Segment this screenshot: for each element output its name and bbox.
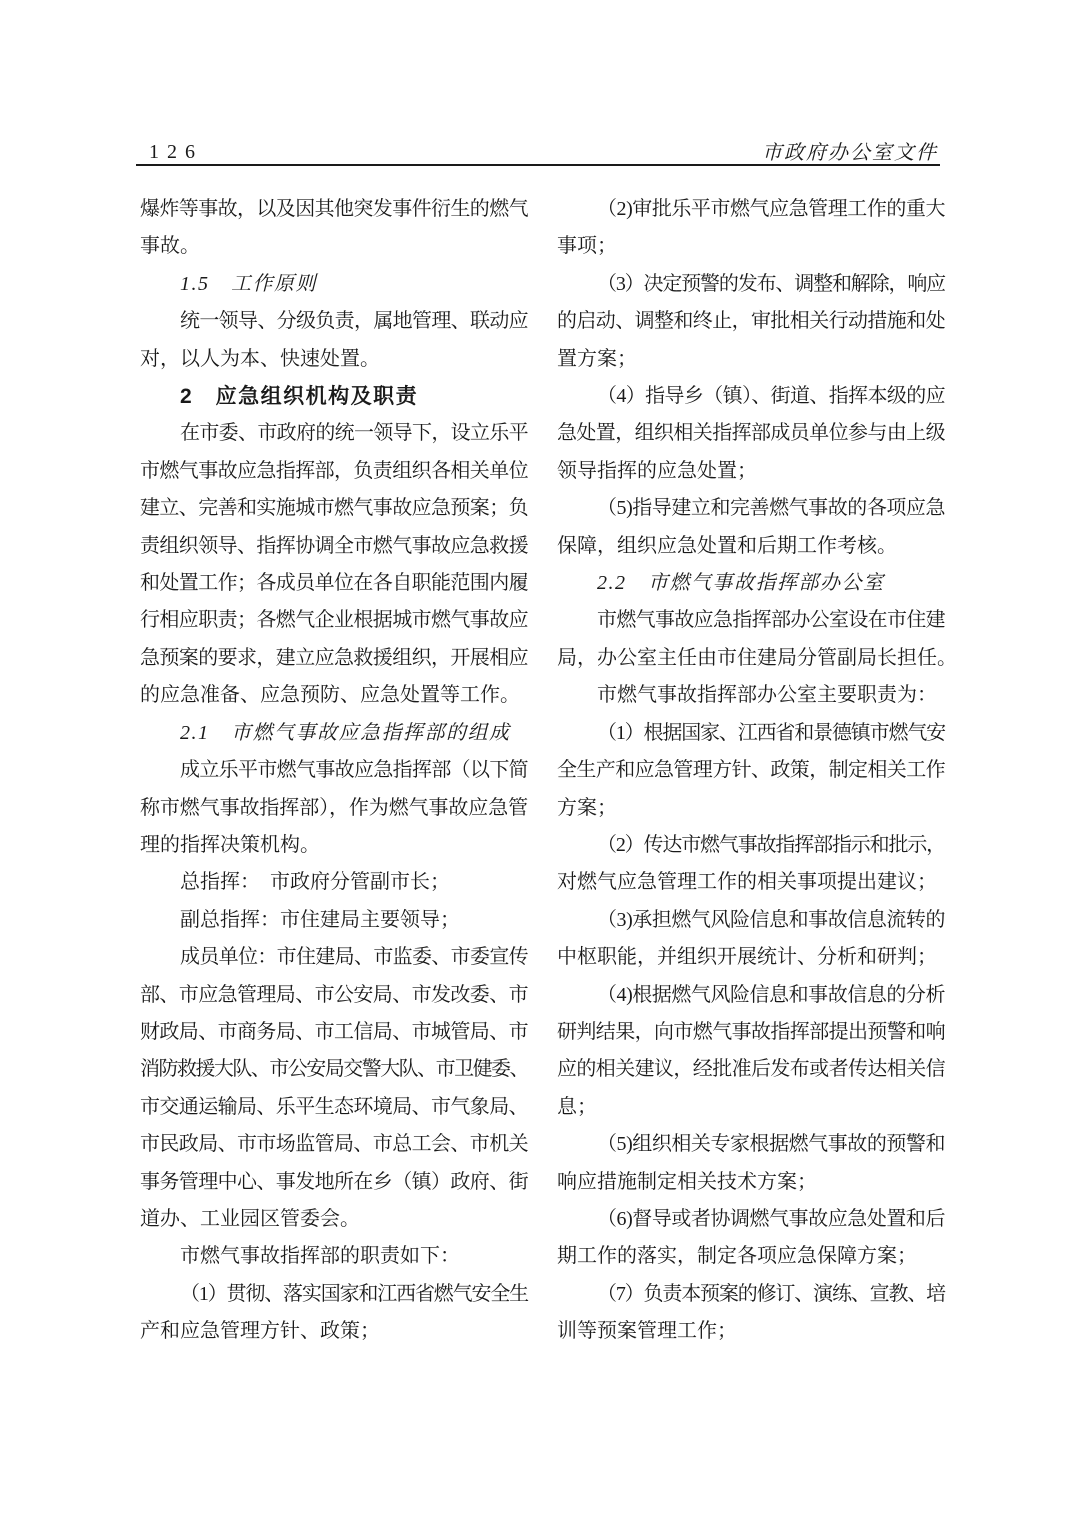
text-line: 应的相关建议，经批准后发布或者传达相关信 (557, 1051, 945, 1088)
text-line: 事务管理中心、事发地所在乡（镇）政府、街 (140, 1164, 528, 1201)
text-line: 置方案； (557, 341, 945, 378)
text-line: 市燃气事故指挥部办公室主要职责为： (557, 677, 945, 714)
text-line: 道办、工业园区管委会。 (140, 1201, 528, 1238)
text-line: （7）负责本预案的修订、演练、宣教、培 (557, 1276, 945, 1313)
text-line: 行相应职责；各燃气企业根据城市燃气事故应 (140, 602, 528, 639)
text-line: 在市委、市政府的统一领导下，设立乐平 (140, 415, 528, 452)
text-line: （1）根据国家、江西省和景德镇市燃气安 (557, 715, 945, 752)
text-line: 部、市应急管理局、市公安局、市发改委、市 (140, 977, 528, 1014)
text-line: 理的指挥决策机构。 (140, 827, 528, 864)
text-line: 建立、完善和实施城市燃气事故应急预案；负 (140, 490, 528, 527)
text-line: 对燃气应急管理工作的相关事项提出建议； (557, 864, 945, 901)
text-line: 消防救援大队、市公安局交警大队、市卫健委、 (140, 1051, 528, 1088)
text-line: 2.1 市燃气事故应急指挥部的组成 (140, 715, 528, 752)
text-line: 方案； (557, 790, 945, 827)
text-line: （3）决定预警的发布、调整和解除，响应 (557, 266, 945, 303)
text-line: 副总指挥：市住建局主要领导； (140, 902, 528, 939)
text-line: 市燃气事故应急指挥部，负责组织各相关单位 (140, 453, 528, 490)
text-line: 的应急准备、应急预防、应急处置等工作。 (140, 677, 528, 714)
text-line: 总指挥： 市政府分管副市长； (140, 864, 528, 901)
text-line: （6)督导或者协调燃气事故应急处置和后 (557, 1201, 945, 1238)
text-line: 期工作的落实，制定各项应急保障方案； (557, 1238, 945, 1275)
text-line: 成员单位：市住建局、市监委、市委宣传 (140, 939, 528, 976)
text-line: 事故。 (140, 228, 528, 265)
text-line: 1.5 工作原则 (140, 266, 528, 303)
text-line: 责组织领导、指挥协调全市燃气事故应急救援 (140, 528, 528, 565)
text-line: 2.2 市燃气事故指挥部办公室 (557, 565, 945, 602)
text-line: 产和应急管理方针、政策； (140, 1313, 528, 1350)
right-column: （2)审批乐平市燃气应急管理工作的重大事项；（3）决定预警的发布、调整和解除，响… (557, 191, 945, 1351)
page-number: 126 (149, 141, 203, 164)
text-line: 局，办公室主任由市住建局分管副局长担任。 (557, 640, 945, 677)
text-line: （1）贯彻、落实国家和江西省燃气安全生 (140, 1276, 528, 1313)
text-line: 统一领导、分级负责，属地管理、联动应 (140, 303, 528, 340)
text-line: （5)组织相关专家根据燃气事故的预警和 (557, 1126, 945, 1163)
text-line: （4)根据燃气风险信息和事故信息的分析 (557, 977, 945, 1014)
text-line: 研判结果，向市燃气事故指挥部提出预警和响 (557, 1014, 945, 1051)
text-line: 领导指挥的应急处置； (557, 453, 945, 490)
text-line: 的启动、调整和终止，审批相关行动措施和处 (557, 303, 945, 340)
text-line: （2）传达市燃气事故指挥部指示和批示， (557, 827, 945, 864)
text-line: 成立乐平市燃气事故应急指挥部（以下简 (140, 752, 528, 789)
text-line: 爆炸等事故，以及因其他突发事件衍生的燃气 (140, 191, 528, 228)
text-line: 急预案的要求，建立应急救援组织，开展相应 (140, 640, 528, 677)
text-line: 和处置工作；各成员单位在各自职能范围内履 (140, 565, 528, 602)
text-line: 市燃气事故应急指挥部办公室设在市住建 (557, 602, 945, 639)
text-line: 市交通运输局、乐平生态环境局、市气象局、 (140, 1089, 528, 1126)
header-doc-label: 市政府办公室文件 (762, 136, 938, 165)
header-rule (136, 164, 940, 166)
text-line: 响应措施制定相关技术方案； (557, 1164, 945, 1201)
text-line: 市燃气事故指挥部的职责如下： (140, 1238, 528, 1275)
text-line: 市民政局、市市场监管局、市总工会、市机关 (140, 1126, 528, 1163)
text-line: （4）指导乡（镇）、街道、指挥本级的应 (557, 378, 945, 415)
text-line: （3)承担燃气风险信息和事故信息流转的 (557, 902, 945, 939)
text-line: 对，以人为本、快速处置。 (140, 341, 528, 378)
text-line: 财政局、市商务局、市工信局、市城管局、市 (140, 1014, 528, 1051)
text-line: 急处置，组织相关指挥部成员单位参与由上级 (557, 415, 945, 452)
text-line: 息； (557, 1089, 945, 1126)
left-column: 爆炸等事故，以及因其他突发事件衍生的燃气事故。1.5 工作原则统一领导、分级负责… (140, 191, 528, 1351)
text-line: 称市燃气事故指挥部），作为燃气事故应急管 (140, 790, 528, 827)
text-line: 训等预案管理工作； (557, 1313, 945, 1350)
document-page: 126 市政府办公室文件 爆炸等事故，以及因其他突发事件衍生的燃气事故。1.5 … (0, 0, 1074, 1520)
text-line: （5)指导建立和完善燃气事故的各项应急 (557, 490, 945, 527)
text-line: 2 应急组织机构及职责 (140, 378, 528, 415)
text-line: 全生产和应急管理方针、政策，制定相关工作 (557, 752, 945, 789)
text-line: 保障，组织应急处置和后期工作考核。 (557, 528, 945, 565)
text-line: 中枢职能，并组织开展统计、分析和研判； (557, 939, 945, 976)
text-line: 事项； (557, 228, 945, 265)
text-line: （2)审批乐平市燃气应急管理工作的重大 (557, 191, 945, 228)
